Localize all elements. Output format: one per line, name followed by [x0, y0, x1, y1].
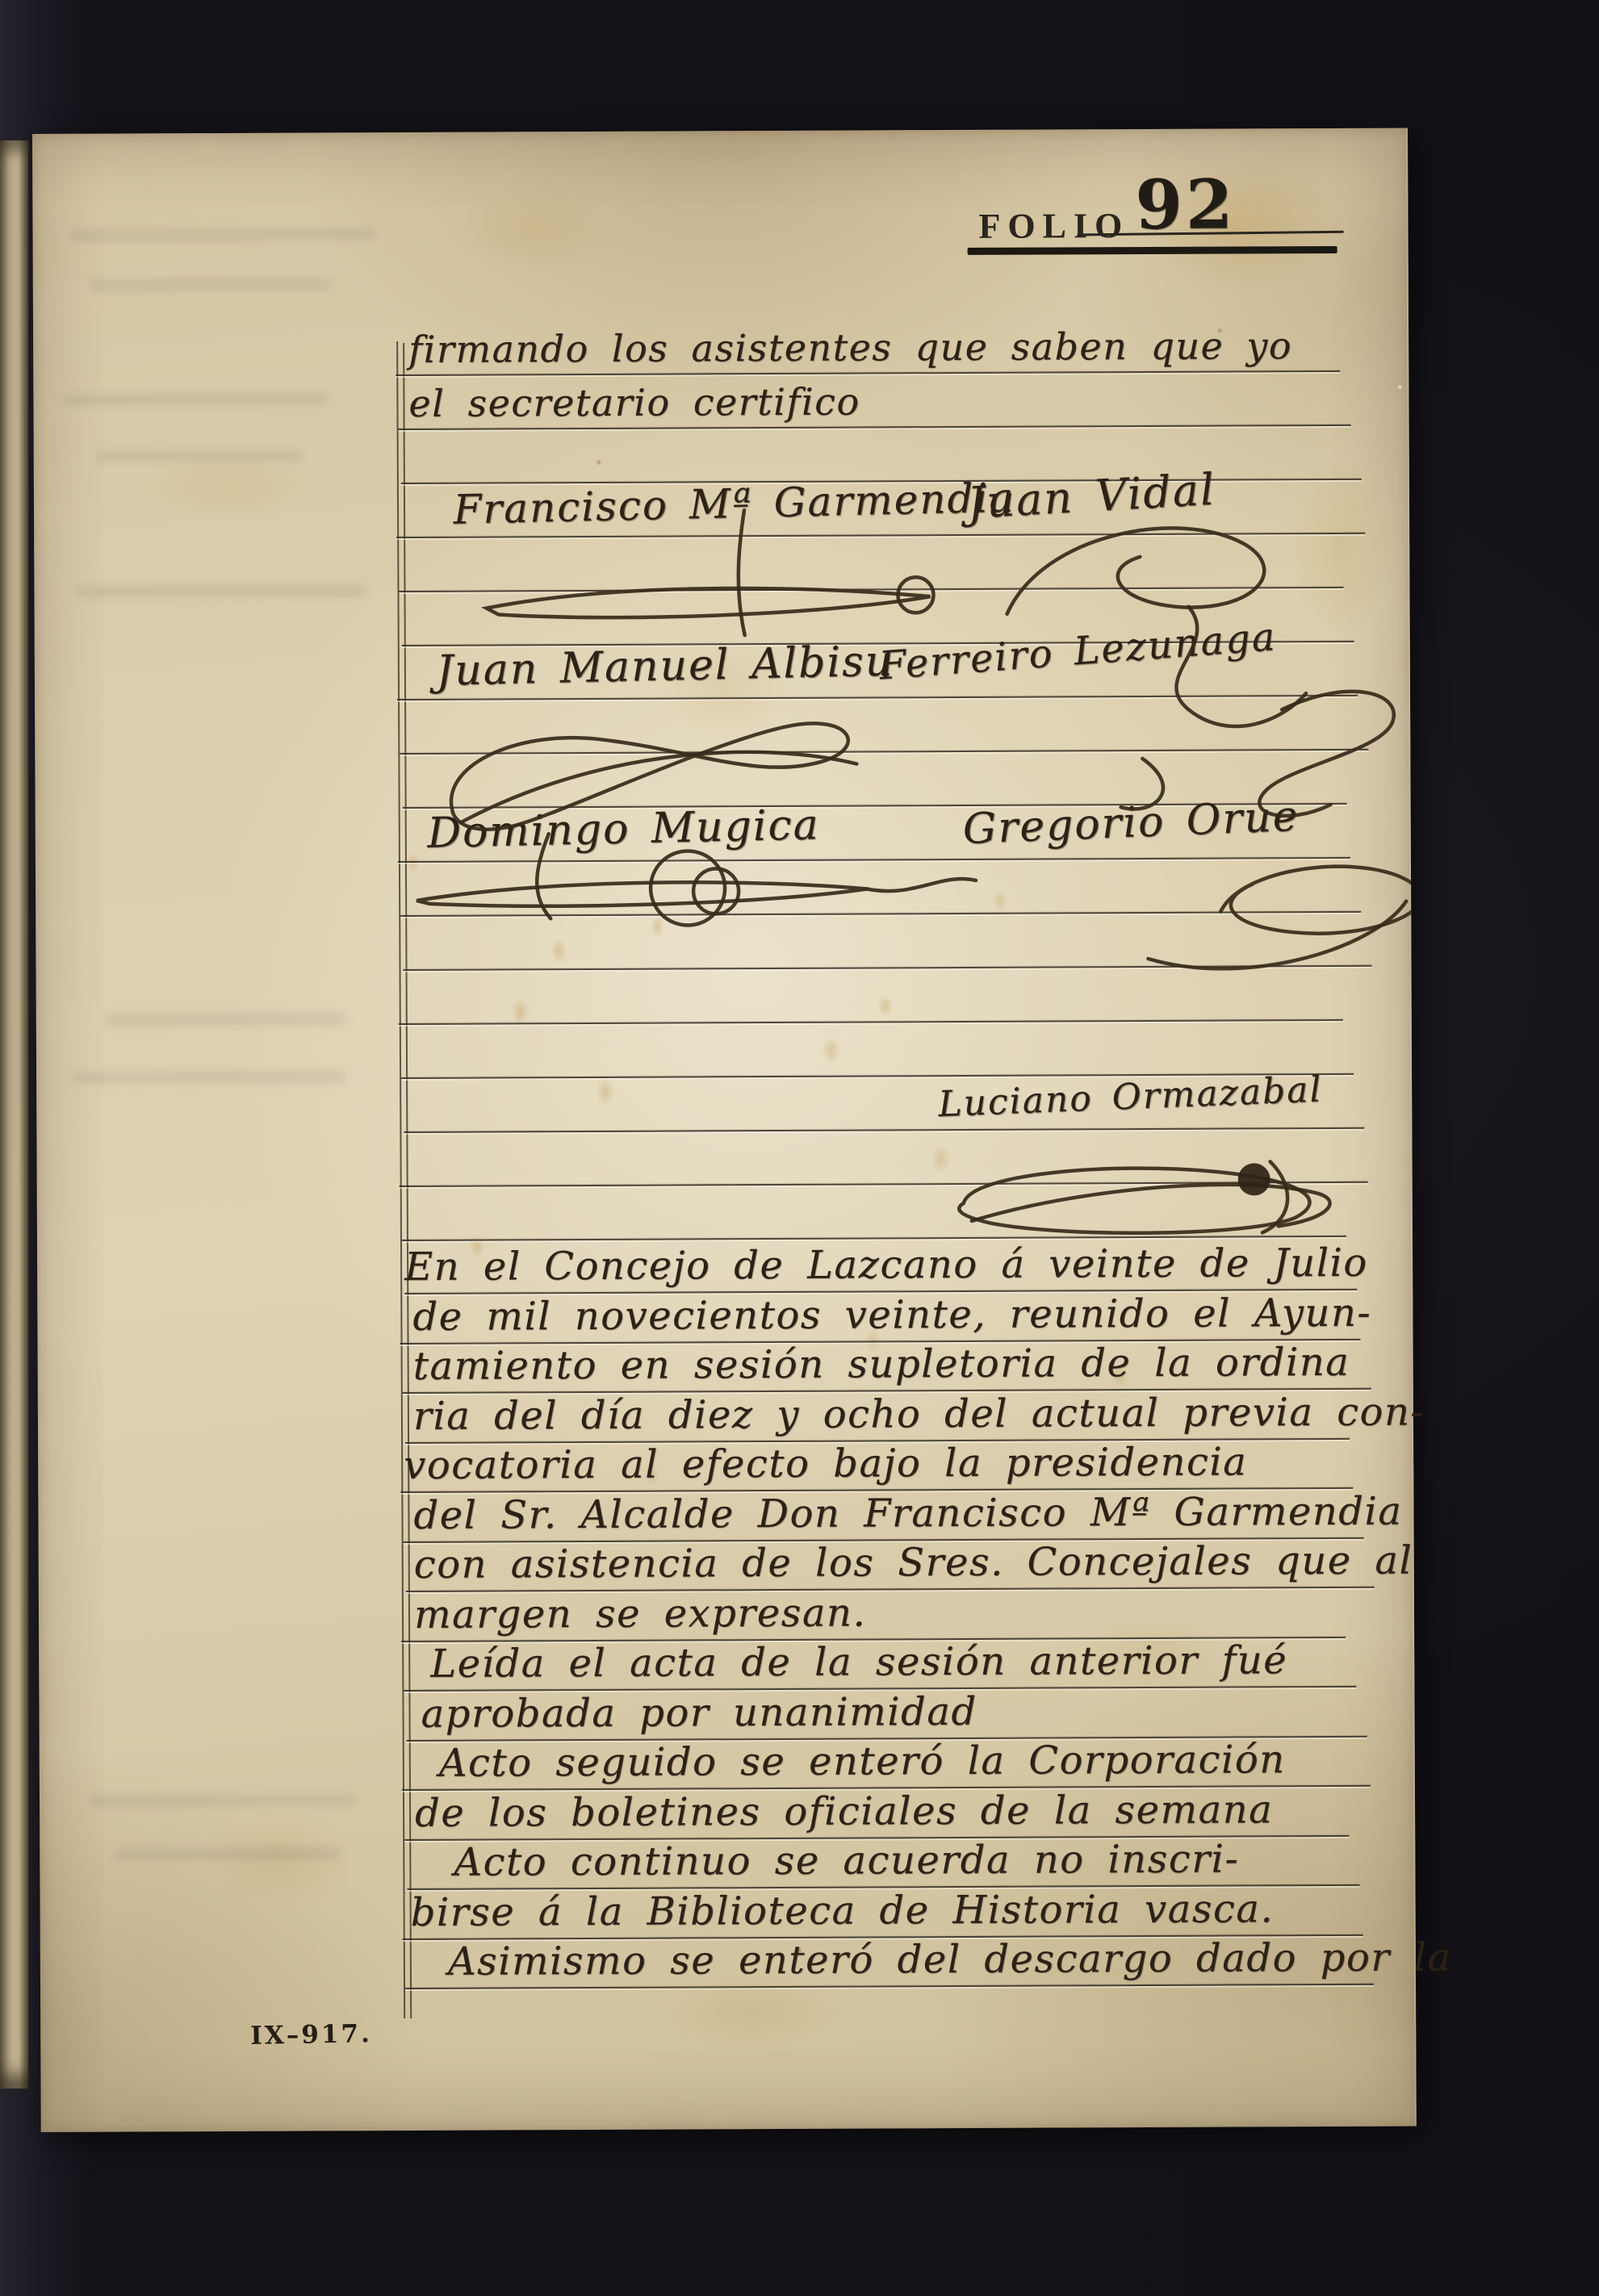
- ruled-line: [400, 749, 1368, 755]
- manuscript-line: Acto continuo se acuerda no inscri-: [454, 1839, 1239, 1881]
- ruled-line: [399, 424, 1351, 430]
- signature-0: Francisco Mª Garmendia: [453, 478, 1015, 530]
- flourish-path: [1007, 528, 1264, 614]
- ruled-line: [404, 965, 1372, 971]
- manuscript-line: birse á la Biblioteca de Historia vasca.: [411, 1889, 1275, 1932]
- flourish-path: [693, 868, 739, 914]
- manuscript-line: de los boletines oficiales de la semana: [415, 1790, 1273, 1833]
- flourish-path: [416, 881, 867, 906]
- document-page: FOLIO 92 firmando los asistentes que sab…: [32, 128, 1417, 2132]
- signature-4: Domingo Mugica: [427, 804, 820, 855]
- ruled-line: [405, 1984, 1374, 1989]
- ruled-line: [397, 695, 1358, 701]
- ink-bleed-ghost: [104, 1012, 346, 1026]
- manuscript-line: Leída el acta de la sesión anterior fué: [430, 1641, 1287, 1683]
- flourish-path: [1238, 1163, 1270, 1195]
- ruled-line: [398, 857, 1350, 863]
- signature-3: Ferreiro Lezunaga: [877, 617, 1277, 685]
- signature-6: Luciano Ormazabal: [938, 1072, 1324, 1123]
- ruled-line: [396, 533, 1365, 538]
- manuscript-line: aprobada por unanimidad: [421, 1692, 977, 1734]
- manuscript-line: del Sr. Alcalde Don Francisco Mª Garmend…: [413, 1492, 1402, 1535]
- manuscript-line: Asimismo se enteró del descargo dado por…: [448, 1938, 1452, 1980]
- manuscript-line: vocatoria al efecto bajo la presidencia: [404, 1442, 1247, 1485]
- ink-bleed-ghost: [114, 1846, 340, 1860]
- signature-1: Juan Vidal: [966, 468, 1216, 525]
- manuscript-line: ria del día diez y ocho del actual previ…: [413, 1392, 1425, 1435]
- ruled-line: [399, 587, 1343, 592]
- manuscript-line: En el Concejo de Lazcano á veinte de Jul…: [404, 1244, 1368, 1286]
- manuscript-line: de mil novecientos veinte, reunido el Ay…: [412, 1294, 1371, 1336]
- flourish-path: [1262, 1161, 1288, 1232]
- ink-bleed-ghost: [76, 584, 366, 599]
- flourish-path: [738, 510, 744, 635]
- ruled-line: [400, 1181, 1368, 1187]
- manuscript-line: Acto seguido se enteró la Corporación: [439, 1740, 1286, 1783]
- signature-5: Gregorio Orue: [962, 796, 1300, 851]
- folio-underline-thick: [968, 246, 1337, 255]
- page-stack-edge: [0, 140, 29, 2089]
- flourish-path: [959, 1168, 1310, 1234]
- flourish-path: [898, 577, 933, 613]
- flourish-path: [1220, 866, 1417, 934]
- flourish-path: [867, 879, 976, 891]
- flourish-path: [486, 588, 930, 618]
- signature-2: Juan Manuel Albisu: [436, 640, 894, 692]
- manuscript-line: margen se expresan.: [414, 1594, 866, 1634]
- folio-label: FOLIO: [978, 205, 1129, 247]
- ink-bleed-ghost: [90, 1793, 356, 1807]
- ruled-line: [400, 911, 1361, 917]
- ruled-line: [396, 370, 1340, 376]
- ruled-line: [399, 1019, 1343, 1025]
- manuscript-line: el secretario certifico: [408, 383, 860, 422]
- archive-stamp: IX–917.: [250, 2019, 372, 2051]
- ink-bleed-ghost: [72, 1070, 346, 1084]
- scan-background: FOLIO 92 firmando los asistentes que sab…: [0, 0, 1599, 2296]
- ink-bleed-ghost: [62, 392, 329, 406]
- manuscript-line: firmando los asistentes que saben que yo: [408, 327, 1292, 368]
- flourish-path: [972, 1184, 1330, 1227]
- manuscript-line: con asistencia de los Sres. Concejales q…: [414, 1541, 1413, 1584]
- ink-bleed-ghost: [95, 450, 305, 463]
- manuscript-line: tamiento en sesión supletoria de la ordi…: [413, 1343, 1350, 1386]
- handwriting-layer: firmando los asistentes que saben que yo…: [32, 128, 1408, 134]
- ruled-line: [404, 1127, 1364, 1133]
- ink-bleed-ghost: [70, 228, 377, 242]
- ink-bleed-ghost: [90, 278, 332, 291]
